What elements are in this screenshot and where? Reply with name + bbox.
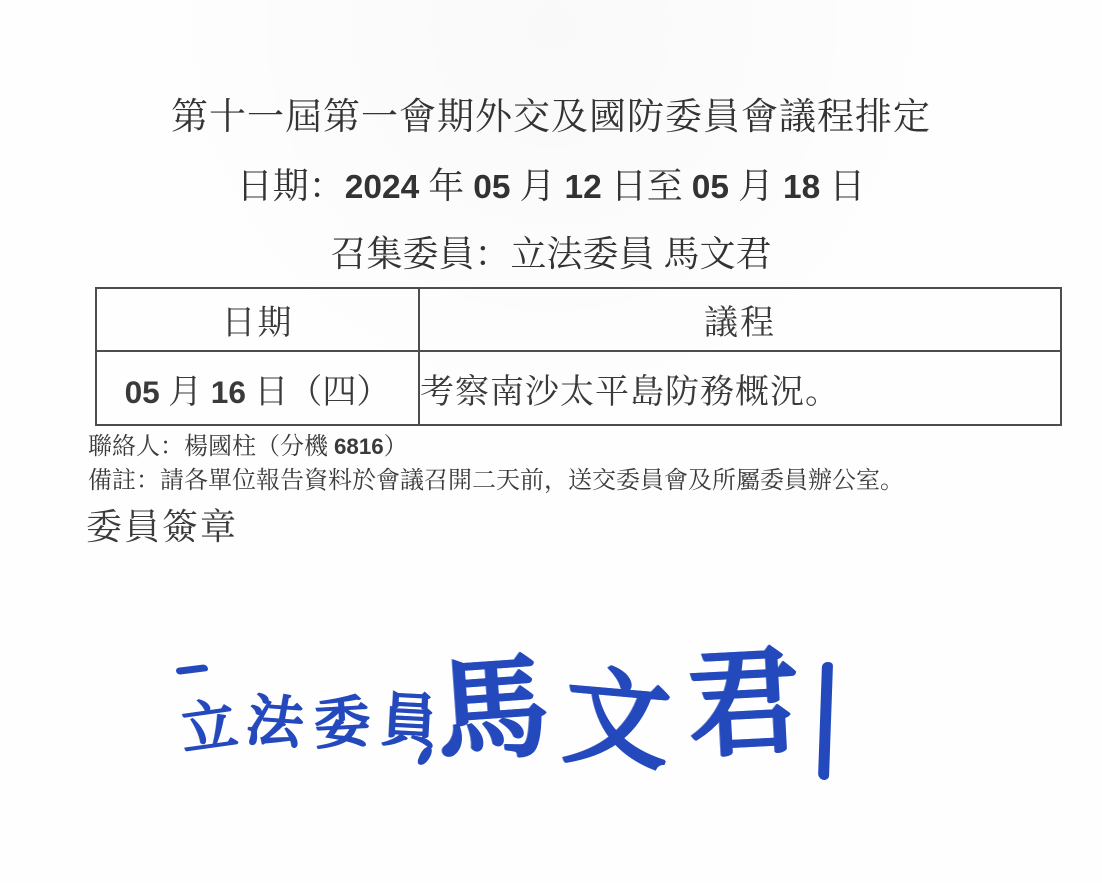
table-row: 05 月 16 日（四） 考察南沙太平島防務概況。 bbox=[96, 351, 1061, 425]
signature-stamp: 立法委員 馬文君 bbox=[168, 650, 858, 810]
signature-section-label: 委員簽章 bbox=[86, 499, 238, 550]
stamp-tail-stroke bbox=[818, 662, 833, 780]
table-header-date: 日期 bbox=[96, 288, 419, 351]
agenda-date-cell: 05 月 16 日（四） bbox=[96, 351, 419, 425]
agenda-table: 日期 議程 05 月 16 日（四） 考察南沙太平島防務概況。 bbox=[95, 287, 1062, 426]
stamp-title-text: 立法委員 bbox=[180, 694, 437, 750]
agenda-item-cell: 考察南沙太平島防務概況。 bbox=[419, 351, 1061, 425]
contact-line: 聯絡人：楊國柱（分機 6816） bbox=[88, 426, 408, 461]
scanned-agenda-document: 第十一屆第一會期外交及國防委員會議程排定 日期：2024 年 05 月 12 日… bbox=[0, 0, 1102, 883]
table-header-row: 日期 議程 bbox=[96, 288, 1061, 351]
convener-line: 召集委員：立法委員 馬文君 bbox=[0, 226, 1102, 277]
stamp-name-text: 馬文君 bbox=[436, 646, 800, 769]
stamp-dash-mark bbox=[176, 664, 209, 675]
table-header-agenda: 議程 bbox=[419, 288, 1061, 351]
note-line: 備註：請各單位報告資料於會議召開二天前，送交委員會及所屬委員辦公室。 bbox=[88, 460, 904, 495]
document-title: 第十一屆第一會期外交及國防委員會議程排定 bbox=[0, 86, 1102, 140]
date-range-line: 日期：2024 年 05 月 12 日至 05 月 18 日 bbox=[0, 158, 1102, 209]
